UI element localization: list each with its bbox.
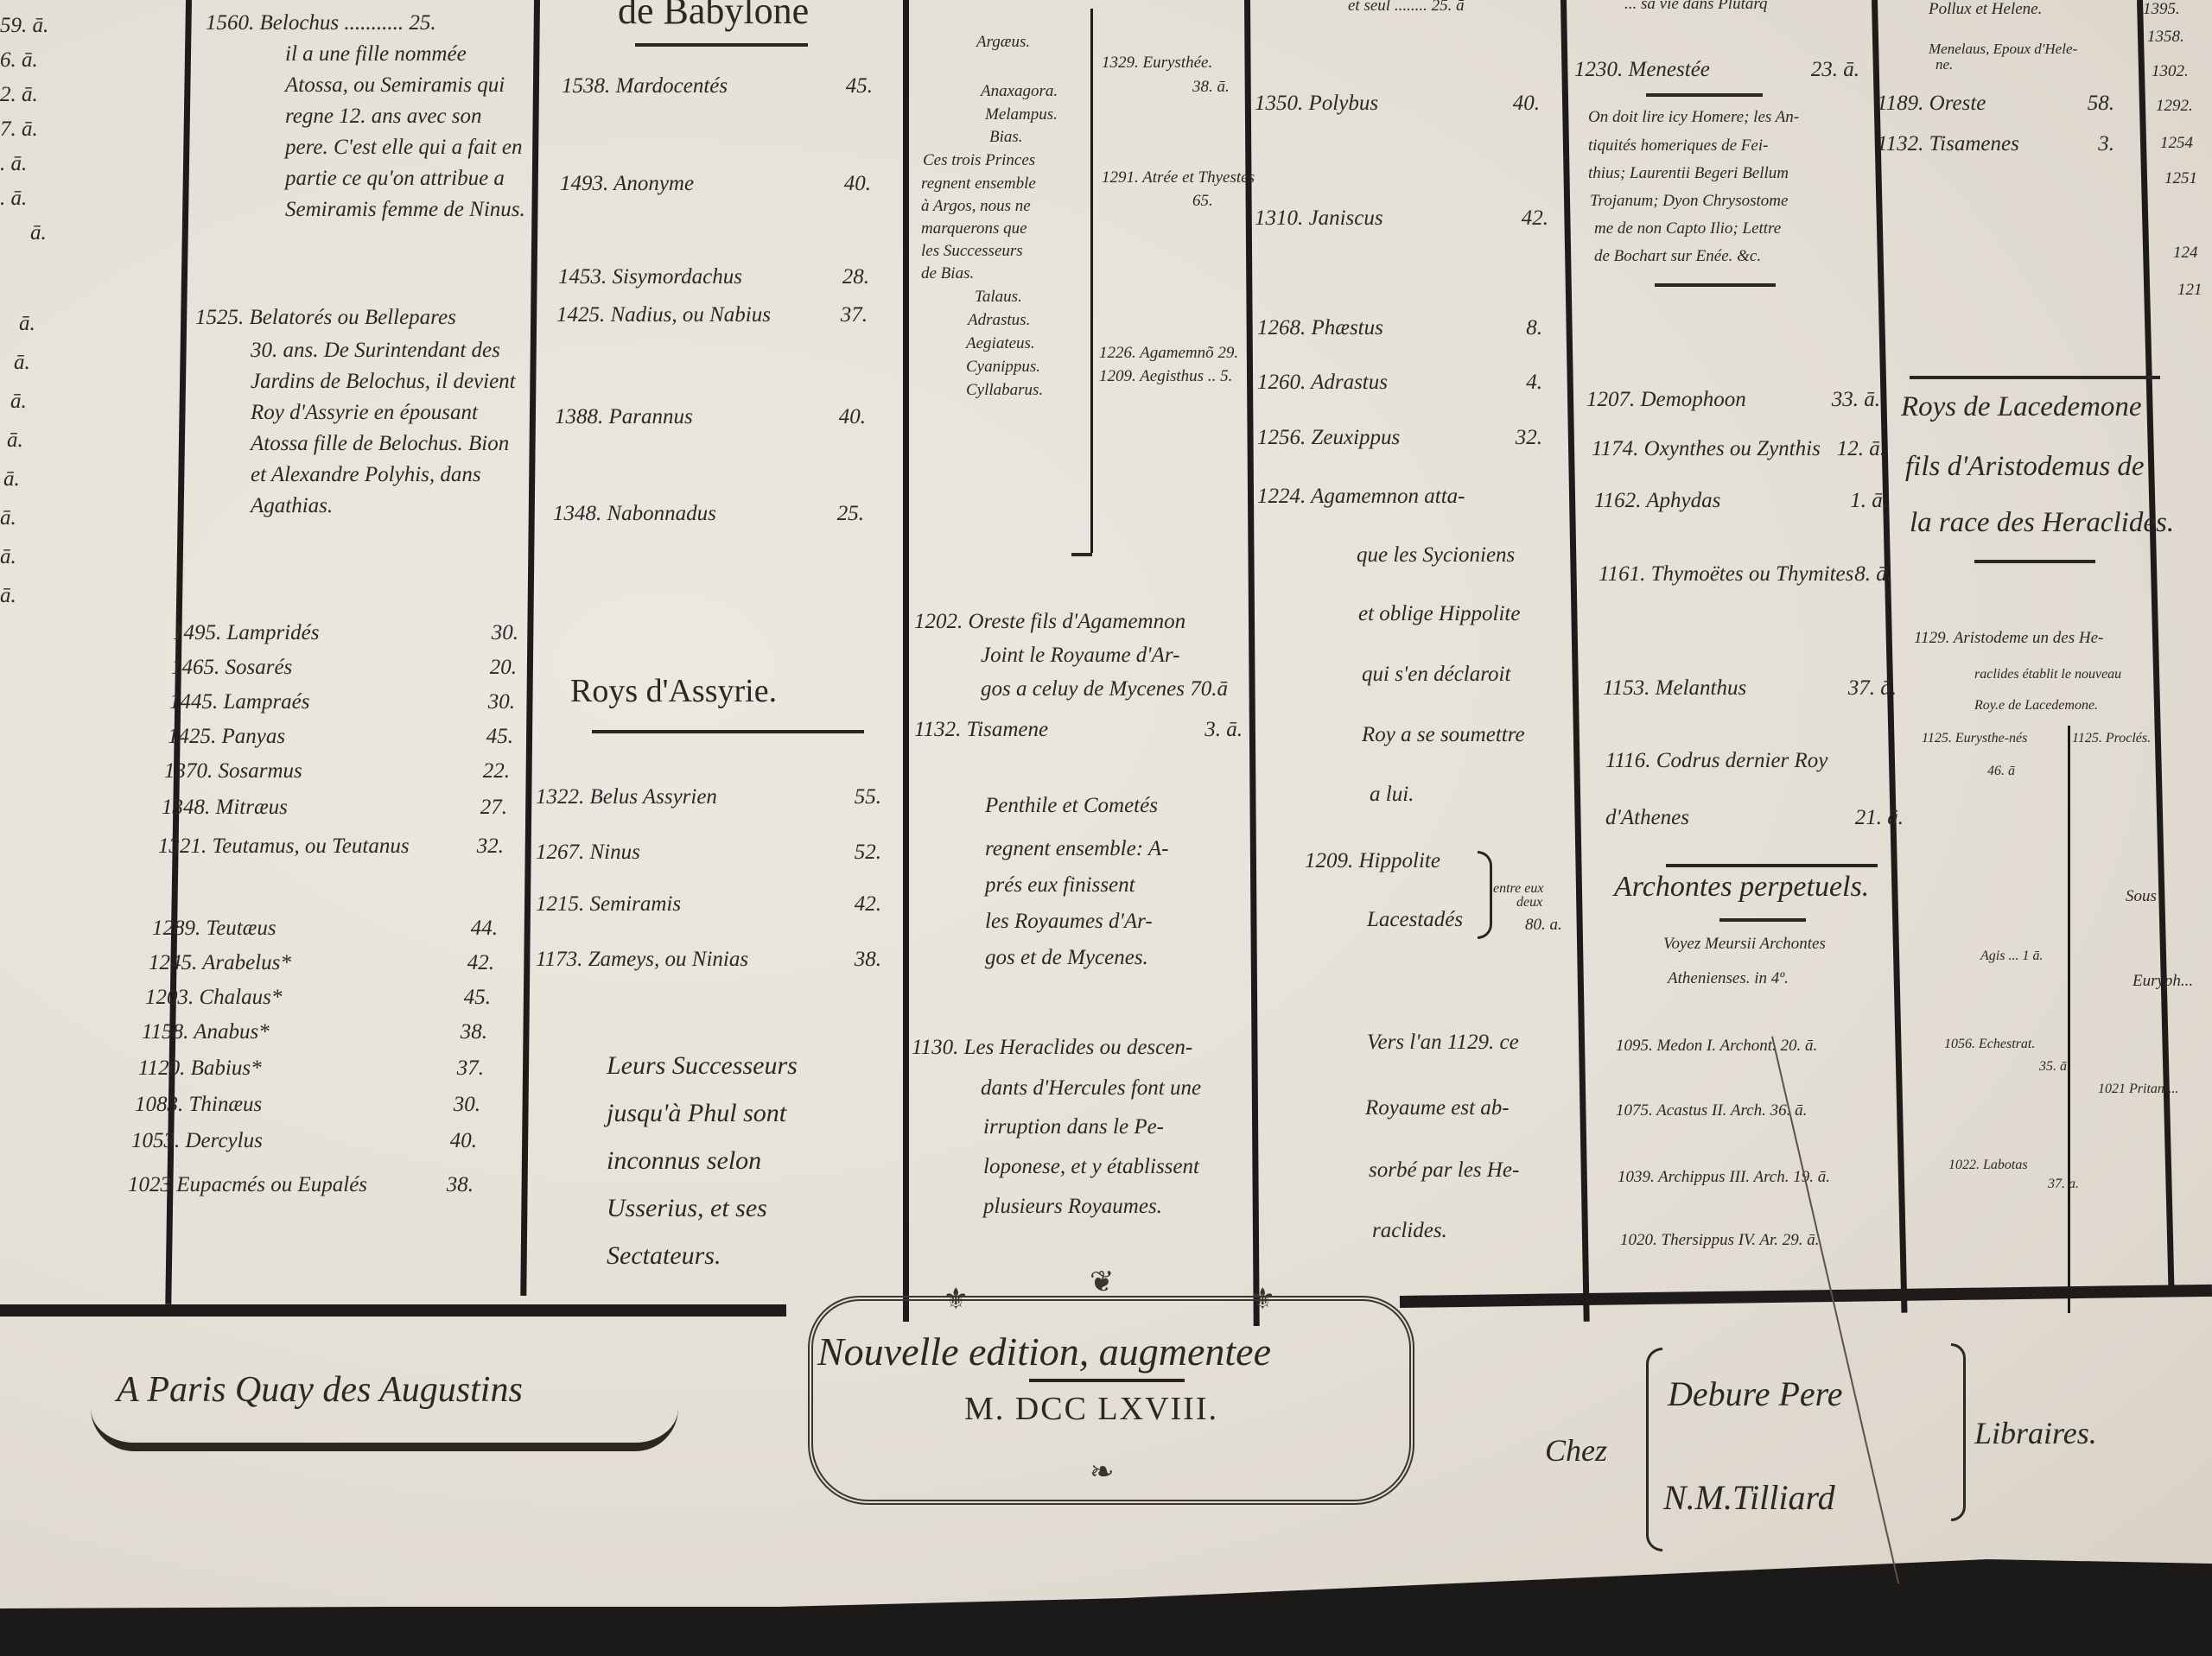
edge-entry: 2. ā. [0, 82, 38, 108]
entry-echestrat: 1056. Echestrat. [1944, 1037, 2035, 1052]
entry-belochus: 1560. Belochus ........... 25. [206, 10, 436, 36]
entry-procles: 1125. Proclés. [2072, 731, 2151, 746]
entry-hippolite: 1209. Hippolite [1305, 848, 1440, 874]
column-rule [903, 0, 909, 1322]
belatores-note: 30. ans. De Surintendant des Jardins de … [251, 335, 527, 522]
entry-atree: 1291. Atrée et Thyestes [1102, 168, 1255, 187]
edge-entry: ā. [30, 220, 47, 246]
entry-eurysthenes: 1125. Eurysthe-nés [1922, 731, 2027, 746]
section-title-babylone: de Babylone [618, 0, 809, 33]
list-item: 1310. Janiscus 42. [1255, 206, 1548, 232]
divider [1719, 918, 1806, 922]
section-title-archontes: Archontes perpetuels. [1614, 866, 1869, 909]
list-item: 1388. Parannus 40. [555, 404, 866, 430]
argos-bracket-foot [1071, 553, 1092, 556]
argos-bracket-rule [1090, 9, 1093, 553]
entry-aegisthus: 1209. Aegisthus .. 5. [1099, 367, 1232, 386]
title-underline [635, 43, 808, 47]
edge-entry: ā. [7, 428, 23, 454]
edition-cartouche: Nouvelle edition, augmentee M. DCC LXVII… [808, 1296, 1414, 1505]
divider [1974, 560, 2095, 563]
fleuron-icon: ❦ [1090, 1265, 1115, 1299]
list-item: 1245. Arabelus* 42. [149, 950, 494, 976]
list-item: 1207. Demophoon 33. ā. [1586, 387, 1880, 413]
entry-belatores: 1525. Belatorés ou Bellepares [195, 305, 456, 331]
ring-ornament-icon: ⚜ [943, 1282, 969, 1317]
list-item: 1095. Medon I. Archont. 20. ā. [1616, 1037, 1884, 1056]
list-item: 1132. Tisamenes 3. [1877, 131, 2114, 157]
entry-labotas: 1022. Labotas [1948, 1158, 2028, 1173]
list-item: 1321. Teutamus, ou Teutanus 32. [158, 834, 504, 860]
list-item: 1322. Belus Assyrien 55. [536, 784, 881, 810]
section-title-lacedemone: Roys de Lacedemone [1901, 385, 2142, 428]
list-item: 1174. Oxynthes ou Zynthis 12. ā. [1592, 436, 1885, 462]
ring-ornament-icon: ⚜ [1249, 1282, 1275, 1317]
list-item: 1348. Mitræus 27. [162, 795, 507, 821]
foliage-ornament-icon: ❧ [1090, 1455, 1115, 1489]
list-item: 1215. Semiramis 42. [536, 891, 881, 917]
list-item: 1053. Dercylus 40. [131, 1128, 477, 1154]
entry-agamemnon: 1226. Agamemnõ 29. [1099, 344, 1238, 363]
list-item: 1289. Teutæus 44. [152, 916, 498, 942]
list-item: 1023 Eupacmés ou Eupalés 38. [128, 1166, 474, 1204]
list-item: 1453. Sisymordachus 28. [558, 264, 869, 290]
list-item: 1189. Oreste 58. [1877, 91, 2114, 117]
section-title-assyrie: Roys d'Assyrie. [570, 669, 777, 713]
list-item: 1370. Sosarmus 22. [164, 758, 510, 784]
list-item: 1224. Agamemnon atta- [1257, 484, 1465, 510]
edge-entry: 6. ā. [0, 48, 38, 73]
brace-icon [1951, 1343, 1966, 1521]
list-item: 1153. Melanthus 37. ā. [1603, 676, 1897, 701]
list-item: 1350. Polybus 40. [1255, 91, 1540, 117]
list-item: 1260. Adrastus 4. [1257, 370, 1542, 396]
belochus-note: il a une fille nommée Atossa, ou Semiram… [285, 39, 527, 225]
brace-icon [1646, 1348, 1662, 1551]
title-underline [592, 730, 864, 733]
list-item: 1083. Thinæus 30. [135, 1092, 480, 1118]
divider [1655, 283, 1776, 287]
brace-icon [1478, 851, 1492, 939]
list-item: 1161. Thymoëtes ou Thymites 8. ā. [1599, 544, 1892, 605]
list-item: 1465. Sosarés 20. [171, 655, 517, 681]
list-item: 1162. Aphydas 1. ā. [1594, 488, 1888, 514]
list-item: 1158. Anabus* 38. [142, 1019, 487, 1045]
edge-entry: . ā. [0, 151, 27, 177]
edge-entry: ā. [10, 389, 27, 415]
list-item: 1039. Archippus III. Arch. 19. ā. [1618, 1168, 1885, 1187]
edge-entry: ā. [0, 544, 16, 570]
list-item: 1116. Codrus dernier Roy d'Athenes 21. ā… [1605, 733, 1904, 847]
list-item: 1425. Panyas 45. [168, 724, 513, 750]
sparta-split-rule [2068, 726, 2070, 1313]
list-item: 1120. Babius* 37. [138, 1056, 484, 1082]
list-item: 1495. Lampridés 30. [173, 620, 518, 646]
divider [1029, 1379, 1185, 1382]
edge-entry: ā. [19, 311, 35, 337]
edge-entry: ā. [0, 583, 16, 609]
list-item: 1493. Anonyme 40. [560, 171, 871, 197]
divider [1646, 93, 1763, 97]
edge-entry: ā. [14, 350, 30, 376]
list-item: 1173. Zameys, ou Ninias 38. [536, 947, 881, 973]
entry-menestee: 1230. Menestée 23. ā. [1574, 57, 1859, 83]
edge-entry: 7. ā. [0, 117, 38, 143]
list-item: 1020. Thersippus IV. Ar. 29. ā. [1620, 1231, 1888, 1250]
list-item: 1075. Acastus II. Arch. 36. ā. [1616, 1101, 1884, 1120]
list-item: 1203. Chalaus* 45. [145, 985, 491, 1011]
list-item: 1267. Ninus 52. [536, 840, 881, 866]
edge-entry: ā. [0, 505, 16, 531]
edge-entry: . ā. [0, 186, 27, 212]
list-item: 1538. Mardocentés 45. [562, 73, 873, 99]
entry-eurysthee: 1329. Eurysthée. [1102, 54, 1212, 73]
list-item: 1268. Phæstus 8. [1257, 315, 1542, 341]
edge-entry: ā. [3, 466, 20, 492]
table-base-rule [0, 1304, 786, 1317]
entry-tisamene: 1132. Tisamene 3. ā. [914, 717, 1243, 743]
list-item: 1348. Nabonnadus 25. [553, 501, 864, 527]
divider [1910, 376, 2160, 379]
list-item: 1445. Lampraés 30. [169, 689, 515, 715]
edge-entry: 59. ā. [0, 13, 48, 39]
swash-ornament [91, 1408, 678, 1451]
list-item: 1425. Nadius, ou Nabius 37. [556, 302, 868, 328]
list-item: 1256. Zeuxippus 32. [1257, 425, 1542, 451]
